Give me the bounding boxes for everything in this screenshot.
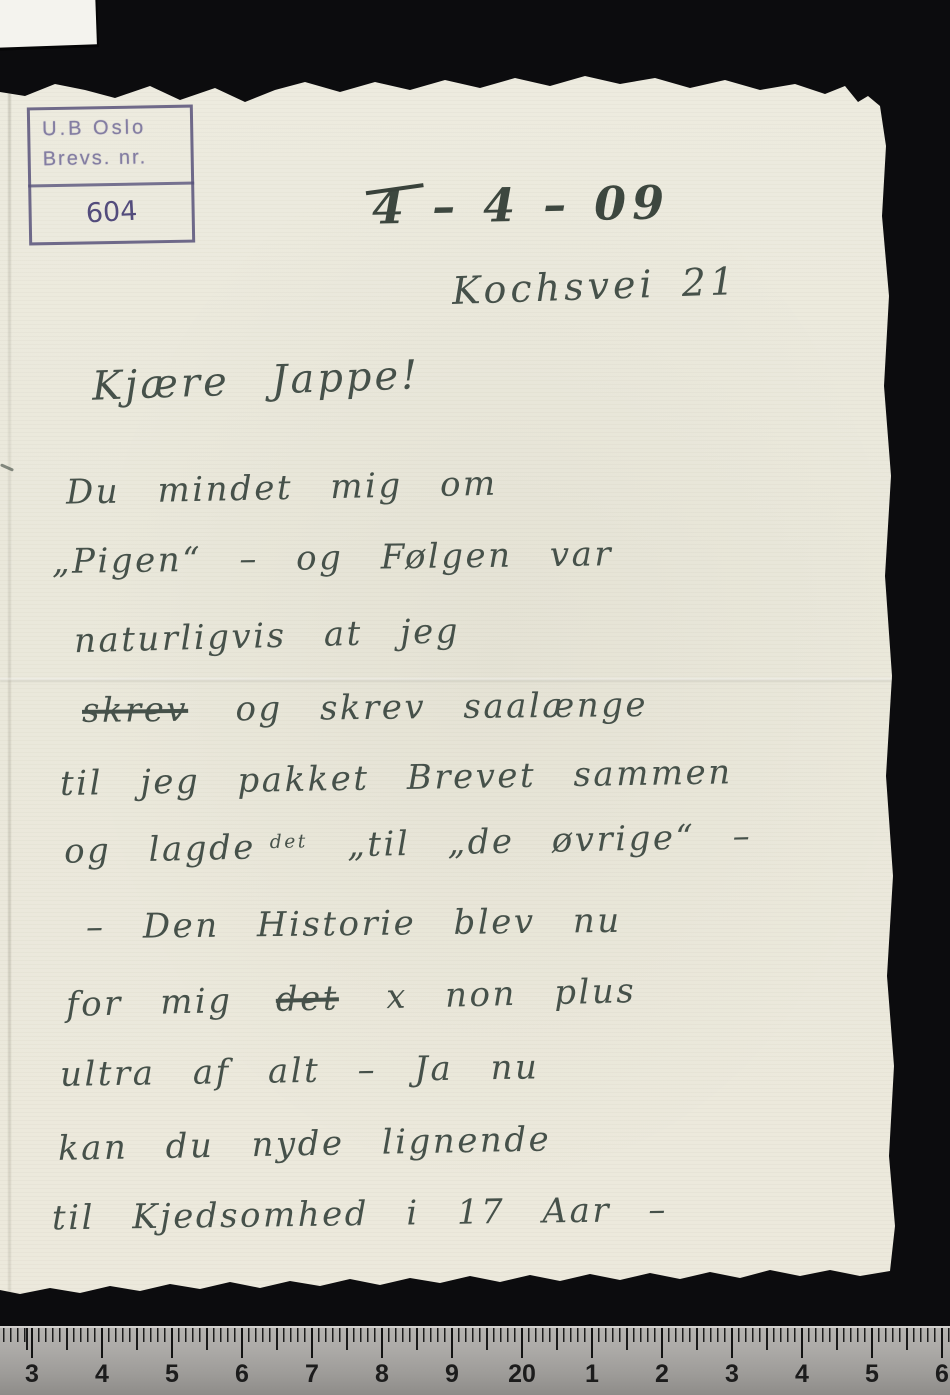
line-text: Du mindet mig om — [66, 464, 498, 513]
ruler-number: 3 — [0, 1360, 67, 1389]
letter-line: ultra af alt – Ja nu — [60, 1047, 556, 1095]
line-text — [629, 534, 630, 574]
line-text: og lagde — [64, 827, 257, 871]
letter-line: kan du nyde lignende — [58, 1119, 568, 1169]
line-text: „Pigen“ – og Følgen var — [52, 534, 614, 582]
ruler-number: 7 — [277, 1360, 347, 1389]
struck-text — [261, 827, 262, 867]
ruler-number: 3 — [697, 1360, 767, 1389]
struck-text — [503, 464, 504, 504]
stamp-divider — [28, 182, 194, 188]
ruler-number: 6 — [907, 1360, 950, 1389]
corrected-digit: 4 — [372, 180, 411, 235]
letter-line: for mig det x non plus — [66, 971, 637, 1025]
letter-line: og lagdedet „til „de øvrige“ – — [64, 816, 753, 872]
line-text — [684, 1190, 685, 1230]
measuring-ruler: 3 4 5 6 7 8 9 20 1 2 3 4 5 6 — [0, 1326, 950, 1395]
ruler-number: 8 — [347, 1360, 417, 1389]
letter-line: „Pigen“ – og Følgen var — [52, 534, 630, 582]
horizontal-fold-crease — [0, 678, 902, 682]
ruler-number: 4 — [67, 1360, 137, 1389]
date-rest: – 4 – 09 — [432, 175, 671, 233]
line-text: ultra af alt – Ja nu — [60, 1047, 540, 1095]
line-text — [748, 752, 749, 792]
struck-text: det — [275, 978, 339, 1020]
letter-line: – Den Historie blev nu — [86, 901, 638, 948]
letter-line: til Kjedsomhed i 17 Aar – — [52, 1190, 684, 1239]
struck-text — [465, 611, 466, 651]
stamp-institution: U.B Oslo — [42, 116, 146, 141]
line-text: og skrev saalænge — [198, 685, 648, 730]
vertical-fold-crease — [8, 76, 11, 1294]
salutation: Kjære Jappe! — [91, 352, 421, 409]
ruler-number: 20 — [487, 1360, 557, 1389]
date-line: 4 – 4 – 09 — [372, 175, 671, 234]
inserted-text — [347, 983, 348, 1004]
ruler-number: 2 — [627, 1360, 697, 1389]
stamp-label: Brevs. nr. — [43, 146, 148, 171]
archive-tab-card — [0, 0, 97, 48]
ruler-number: 6 — [207, 1360, 277, 1389]
struck-text — [619, 534, 620, 574]
address-line: Kochsvei 21 — [451, 259, 738, 313]
line-text: kan du nyde lignende — [58, 1119, 552, 1168]
struck-text — [545, 1047, 546, 1087]
inserted-text: det — [270, 831, 309, 853]
line-text — [513, 463, 514, 503]
stamp-number: 604 — [31, 193, 192, 232]
letter-line: skrev og skrev saalænge — [76, 685, 648, 731]
line-text: „til „de øvrige“ – — [309, 816, 752, 866]
line-text — [475, 611, 476, 651]
ruler-number: 9 — [417, 1360, 487, 1389]
line-text: til jeg pakket Brevet sammen — [60, 752, 733, 804]
struck-text: skrev — [82, 690, 189, 731]
struck-text — [674, 1190, 675, 1230]
line-text: x non plus — [348, 971, 636, 1018]
inserted-text — [474, 616, 475, 637]
line-text: for mig — [66, 980, 271, 1025]
letter-line: naturligvis at jeg — [74, 611, 477, 662]
line-text — [555, 1047, 556, 1087]
scanned-letter-photo: U.B Oslo Brevs. nr. 604 4 – 4 – 09 Kochs… — [0, 0, 950, 1395]
letter-page: U.B Oslo Brevs. nr. 604 4 – 4 – 09 Kochs… — [0, 76, 902, 1294]
ruler-number: 1 — [557, 1360, 627, 1389]
line-text: naturligvis at jeg — [74, 611, 461, 661]
struck-text — [557, 1119, 558, 1159]
stray-pencil-mark — [0, 463, 14, 471]
struck-text — [738, 752, 739, 792]
letter-line: til jeg pakket Brevet sammen — [60, 752, 749, 804]
ruler-numbers: 3 4 5 6 7 8 9 20 1 2 3 4 5 6 — [0, 1360, 950, 1389]
ruler-cm-ticks — [0, 1328, 950, 1358]
library-stamp: U.B Oslo Brevs. nr. 604 — [27, 105, 195, 246]
ruler-number: 5 — [137, 1360, 207, 1389]
ruler-number: 5 — [837, 1360, 907, 1389]
line-text — [567, 1119, 568, 1159]
ruler-number: 4 — [767, 1360, 837, 1389]
letter-line: Du mindet mig om — [66, 463, 514, 512]
line-text: til Kjedsomhed i 17 Aar – — [52, 1190, 668, 1239]
line-text: – Den Historie blev nu — [86, 901, 622, 948]
